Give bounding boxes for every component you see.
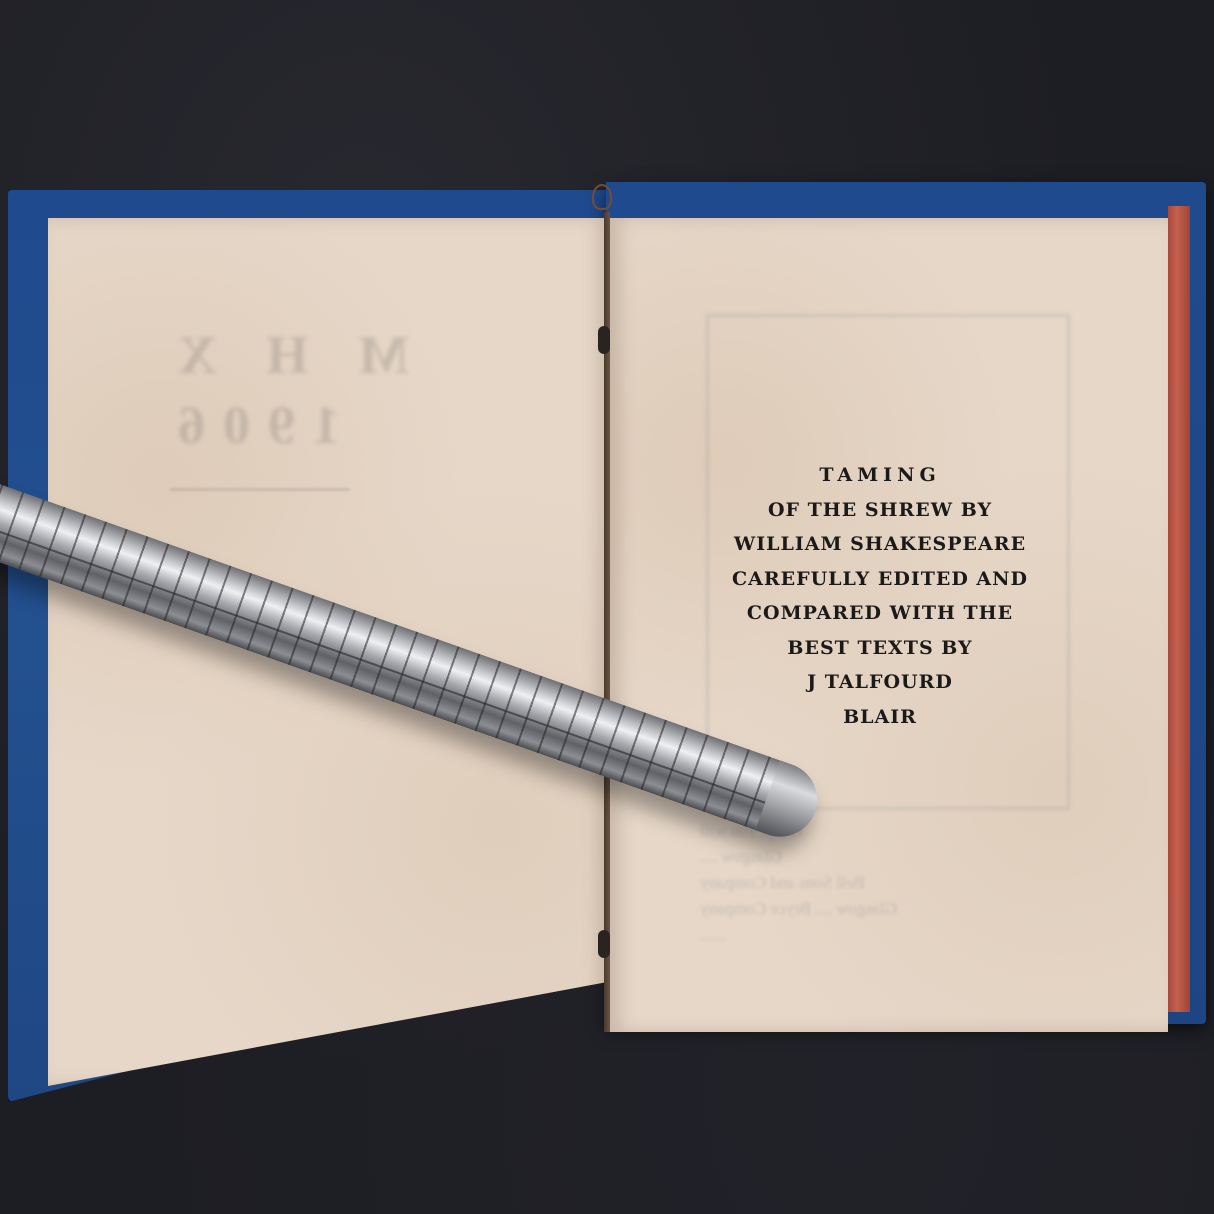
left-page-bleed-through: M H X 1906 (160, 320, 460, 460)
title-line: TAMING (690, 458, 1070, 493)
title-line: COMPARED WITH THE (690, 596, 1070, 631)
ghost-caption-line: Glasgow .... Bryce Company (700, 896, 1080, 922)
title-line: WILLIAM SHAKESPEARE (690, 527, 1070, 562)
ghost-initials: M H X (160, 320, 460, 390)
ghost-caption-line: Glasgow .... (700, 844, 1080, 870)
ghost-year: 1906 (160, 390, 460, 460)
red-page-edges (1168, 206, 1190, 1012)
title-line: OF THE SHREW BY (690, 493, 1070, 528)
left-page-ghost-rule (170, 488, 350, 491)
ghost-caption-line: ...... (700, 922, 1080, 948)
title-line: BLAIR (690, 700, 1070, 735)
title-line: BEST TEXTS BY (690, 631, 1070, 666)
right-page-bleed-through-caption: Hoxy. You will Glasgow .... Bell Sons an… (700, 818, 1080, 948)
title-line: CAREFULLY EDITED AND (690, 562, 1070, 597)
binding-stitch-top (598, 326, 610, 354)
ghost-caption-line: Bell Sons and Company (700, 870, 1080, 896)
binding-stitch-bottom (598, 930, 610, 958)
binding-thread-loop (592, 184, 612, 210)
title-line: J TALFOURD (690, 665, 1070, 700)
title-page-text: TAMING OF THE SHREW BY WILLIAM SHAKESPEA… (690, 458, 1070, 734)
